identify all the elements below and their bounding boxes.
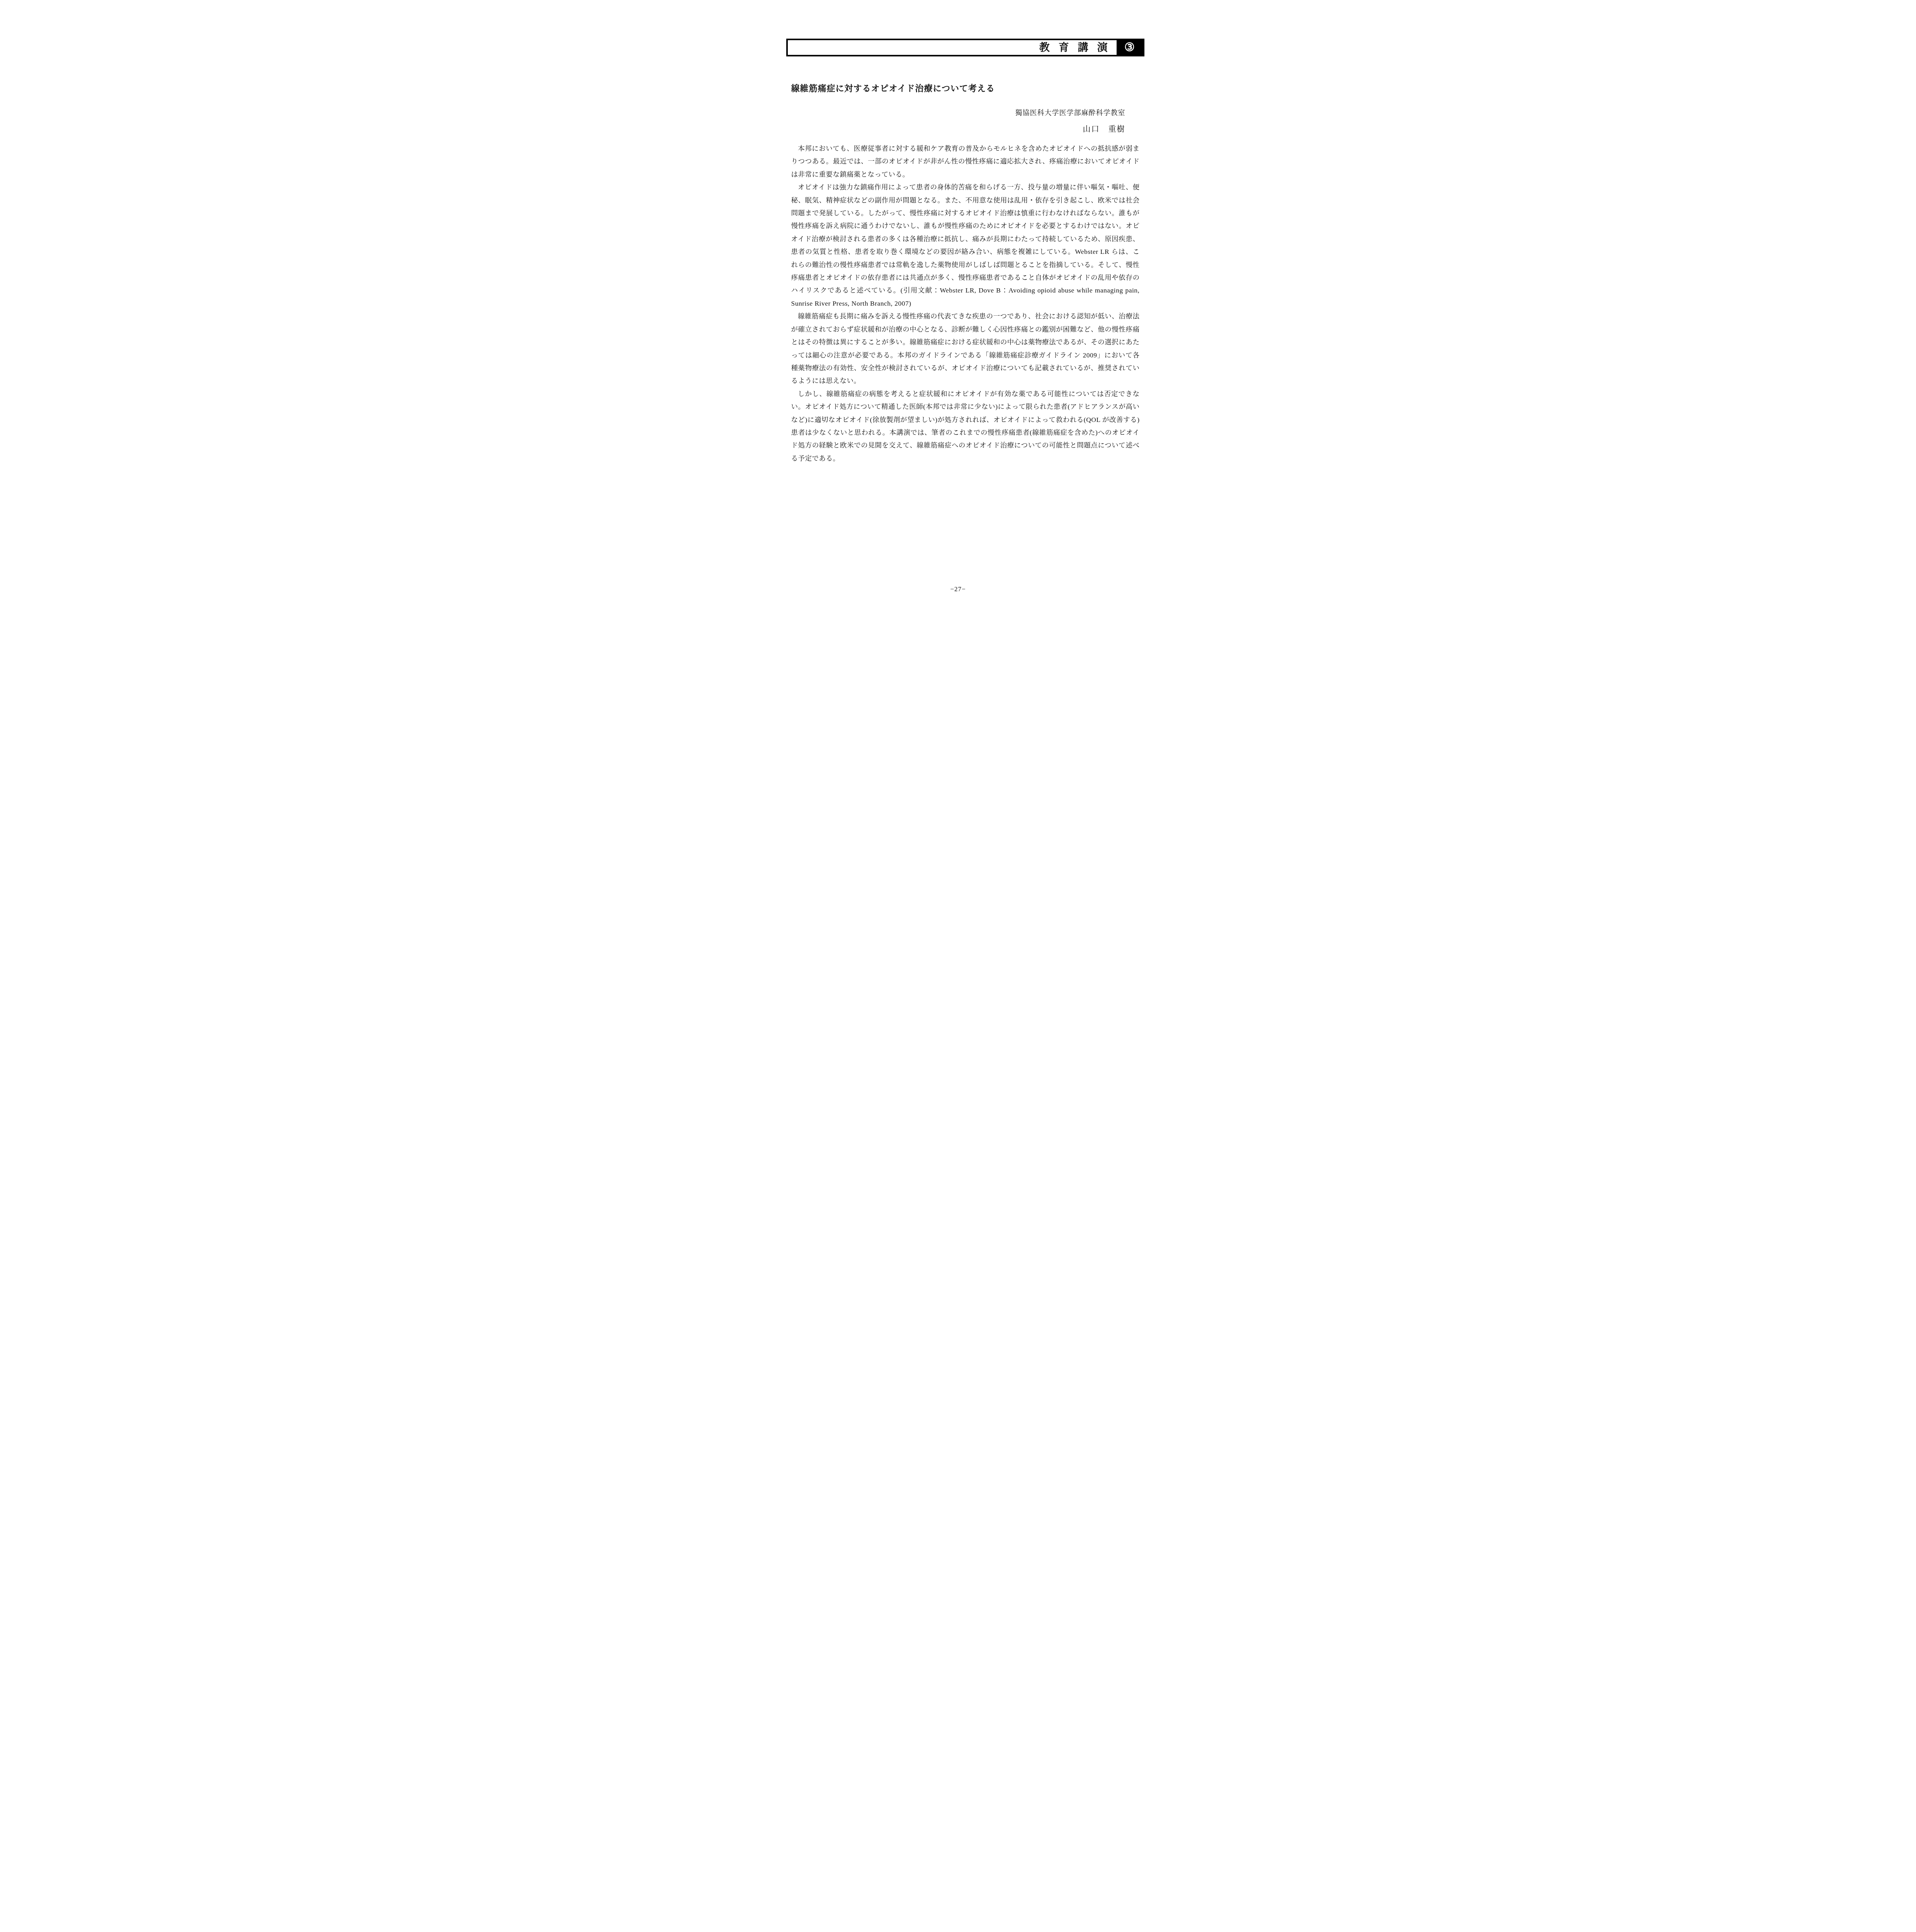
author-affiliation: 獨協医科大学医学部麻酔科学教室 [791,107,1125,117]
body-paragraph: しかし、線維筋痛症の病態を考えると症状緩和にオピオイドが有効な薬である可能性につ… [791,388,1140,465]
section-number-badge: ③ [1117,40,1143,55]
body-paragraph: 線維筋痛症も長期に痛みを訴える慢性疼痛の代表てきな疾患の一つであり、社会における… [791,310,1140,387]
document-page: 教育講演 ③ 線維筋痛症に対するオピオイド治療について考える 獨協医科大学医学部… [746,0,1171,602]
body-paragraph: 本邦においても、医療従事者に対する緩和ケア教育の普及からモルヒネを含めたオピオイ… [791,142,1140,181]
byline: 獨協医科大学医学部麻酔科学教室 山口 重樹 [791,107,1125,134]
section-header-label: 教育講演 [1039,43,1117,53]
page-footer: −27− [746,585,1171,593]
lecture-title: 線維筋痛症に対するオピオイド治療について考える [791,82,1140,94]
abstract-body: 本邦においても、医療従事者に対する緩和ケア教育の普及からモルヒネを含めたオピオイ… [791,142,1140,465]
body-paragraph: オピオイドは強力な鎮痛作用によって患者の身体的苦痛を和らげる一方、投与量の増量に… [791,181,1140,310]
page-number: −27− [950,585,966,593]
section-header-banner: 教育講演 ③ [786,39,1144,56]
author-name: 山口 重樹 [791,123,1125,134]
